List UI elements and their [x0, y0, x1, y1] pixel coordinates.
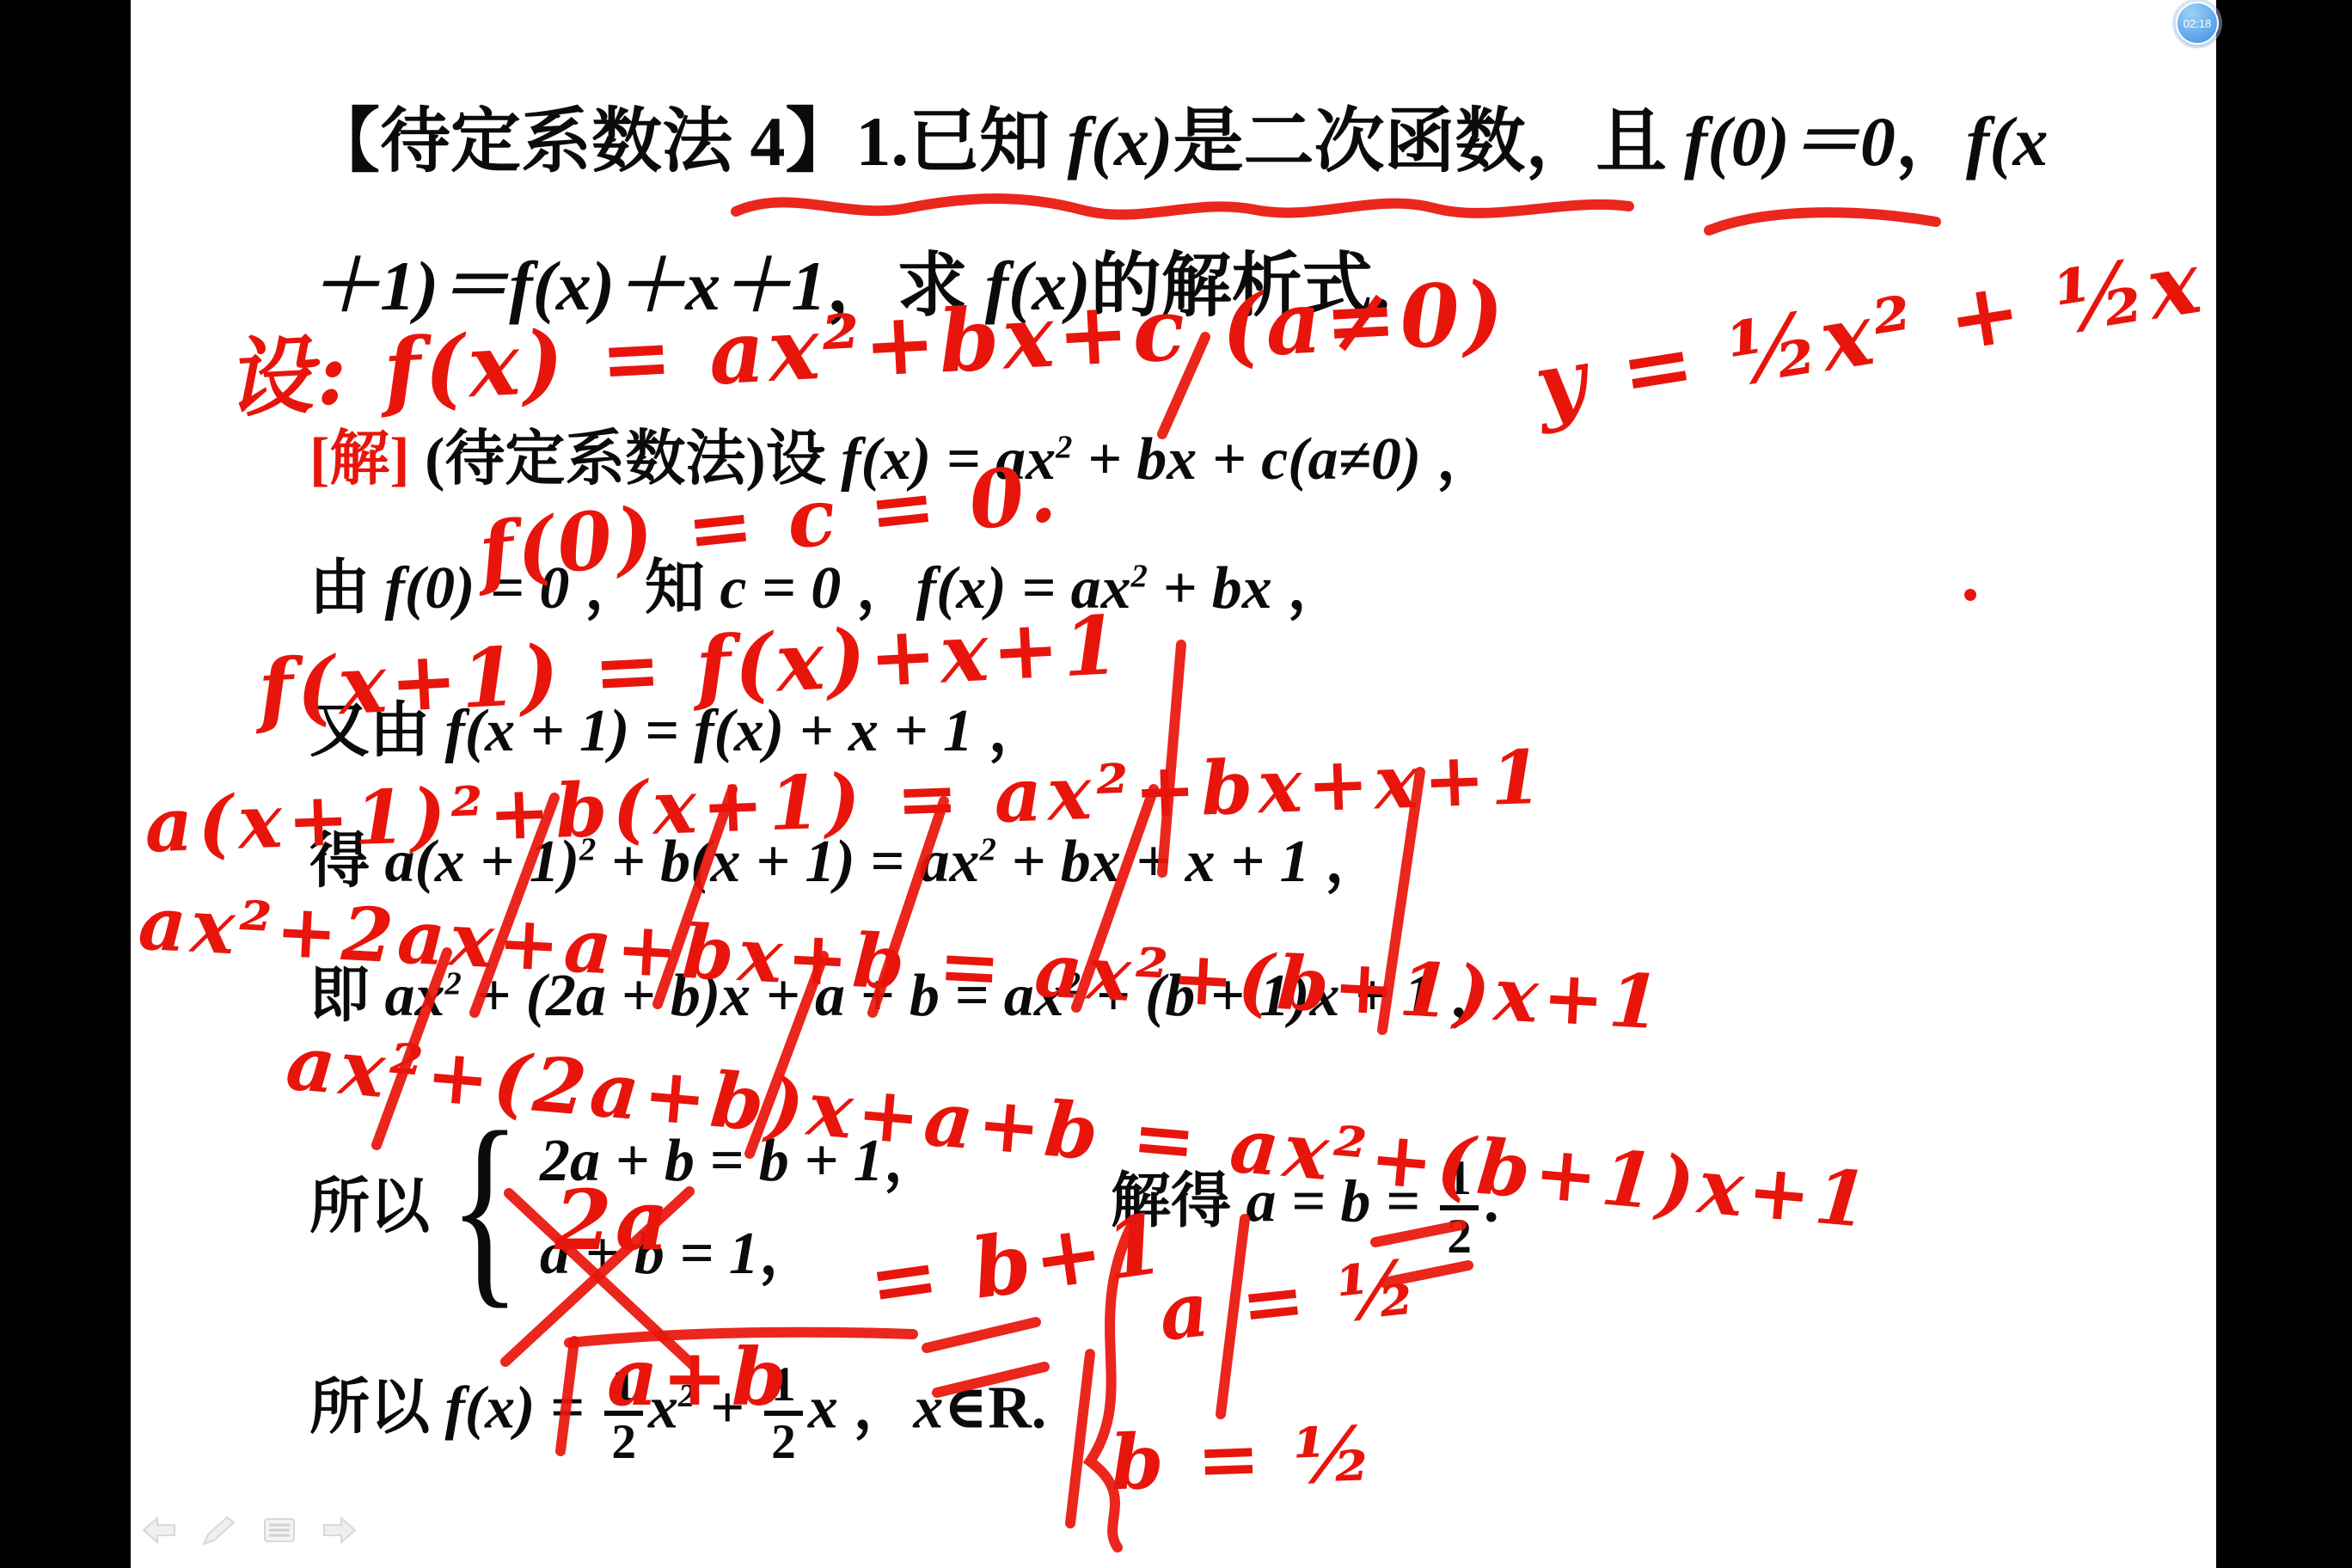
system-prefix: 所以 — [309, 1176, 430, 1240]
left-black-border — [0, 0, 131, 1568]
text-segment: 【待定系数法 4】1.已知 — [309, 102, 1068, 181]
text-segment: [解] — [309, 426, 425, 493]
underline-f0-equals-0 — [1709, 212, 1936, 230]
pen-tool-button[interactable] — [201, 1513, 237, 1547]
handwriting-b-value: b = ½ — [1110, 1416, 1377, 1501]
timer-badge[interactable]: 02:18 — [2176, 2, 2219, 45]
whiteboard-canvas[interactable]: 【待定系数法 4】1.已知 f(x)是二次函数，且 f(0)＝0，f(x ＋1)… — [0, 0, 2352, 1568]
right-black-border — [2216, 0, 2352, 1568]
pen-icon — [202, 1515, 236, 1546]
double-tick-equals-1a — [927, 1322, 1036, 1348]
handwriting-a-plus-b: a+b — [607, 1338, 790, 1417]
system-brace: { — [449, 1111, 521, 1304]
notes-list-button[interactable] — [261, 1513, 297, 1547]
text-segment: ， — [838, 1375, 914, 1441]
handwriting-y-half: y = ½x² + ½x — [1529, 238, 2209, 429]
text-segment: x — [808, 1375, 838, 1441]
next-page-button[interactable] — [322, 1513, 358, 1547]
wavy-underline-title — [736, 199, 1629, 215]
text-segment: ， — [1421, 426, 1497, 493]
text-segment: 2 — [1131, 559, 1148, 595]
text-segment: f(x — [1966, 102, 2049, 181]
text-segment: ， — [1896, 102, 1966, 181]
previous-page-button[interactable] — [141, 1513, 177, 1547]
back-arrow-icon — [142, 1516, 176, 1545]
bottom-toolbar — [141, 1513, 358, 1547]
text-segment: ， — [759, 1221, 819, 1287]
text-segment: 由 — [309, 555, 385, 622]
text-segment: f(x) = — [445, 1375, 600, 1441]
text-segment: + bx — [1148, 555, 1272, 622]
forward-arrow-icon — [322, 1516, 357, 1545]
text-segment: ， — [1272, 555, 1348, 622]
text-segment: f(0)＝0 — [1684, 102, 1896, 181]
text-segment: x∈ — [913, 1375, 988, 1441]
handwriting-a-value: a = ½ — [1155, 1248, 1423, 1351]
text-segment: R. — [988, 1375, 1046, 1441]
solution-line-2: 由 f(0) = 0 ，知 c = 0 ，f(x) = ax2 + bx ， — [309, 557, 1347, 621]
problem-title-line-1: 【待定系数法 4】1.已知 f(x)是二次函数，且 f(0)＝0，f(x — [309, 105, 2049, 179]
bar-final-line — [1070, 1354, 1090, 1523]
text-segment: + bx + x + 1 — [996, 829, 1310, 895]
text-segment: f(x) — [1068, 102, 1173, 181]
text-segment: 2 — [1056, 430, 1072, 466]
text-segment: ， — [1309, 829, 1385, 895]
text-segment: + bx + c(a≠0) — [1072, 426, 1421, 493]
timer-label: 02:18 — [2184, 17, 2212, 30]
text-segment: 所以 — [309, 1375, 445, 1441]
notes-list-icon — [262, 1516, 297, 1545]
handwriting-two-a: 2a — [554, 1179, 672, 1262]
red-dot — [1964, 589, 1976, 601]
text-segment: 是二次函数，且 — [1173, 102, 1684, 181]
